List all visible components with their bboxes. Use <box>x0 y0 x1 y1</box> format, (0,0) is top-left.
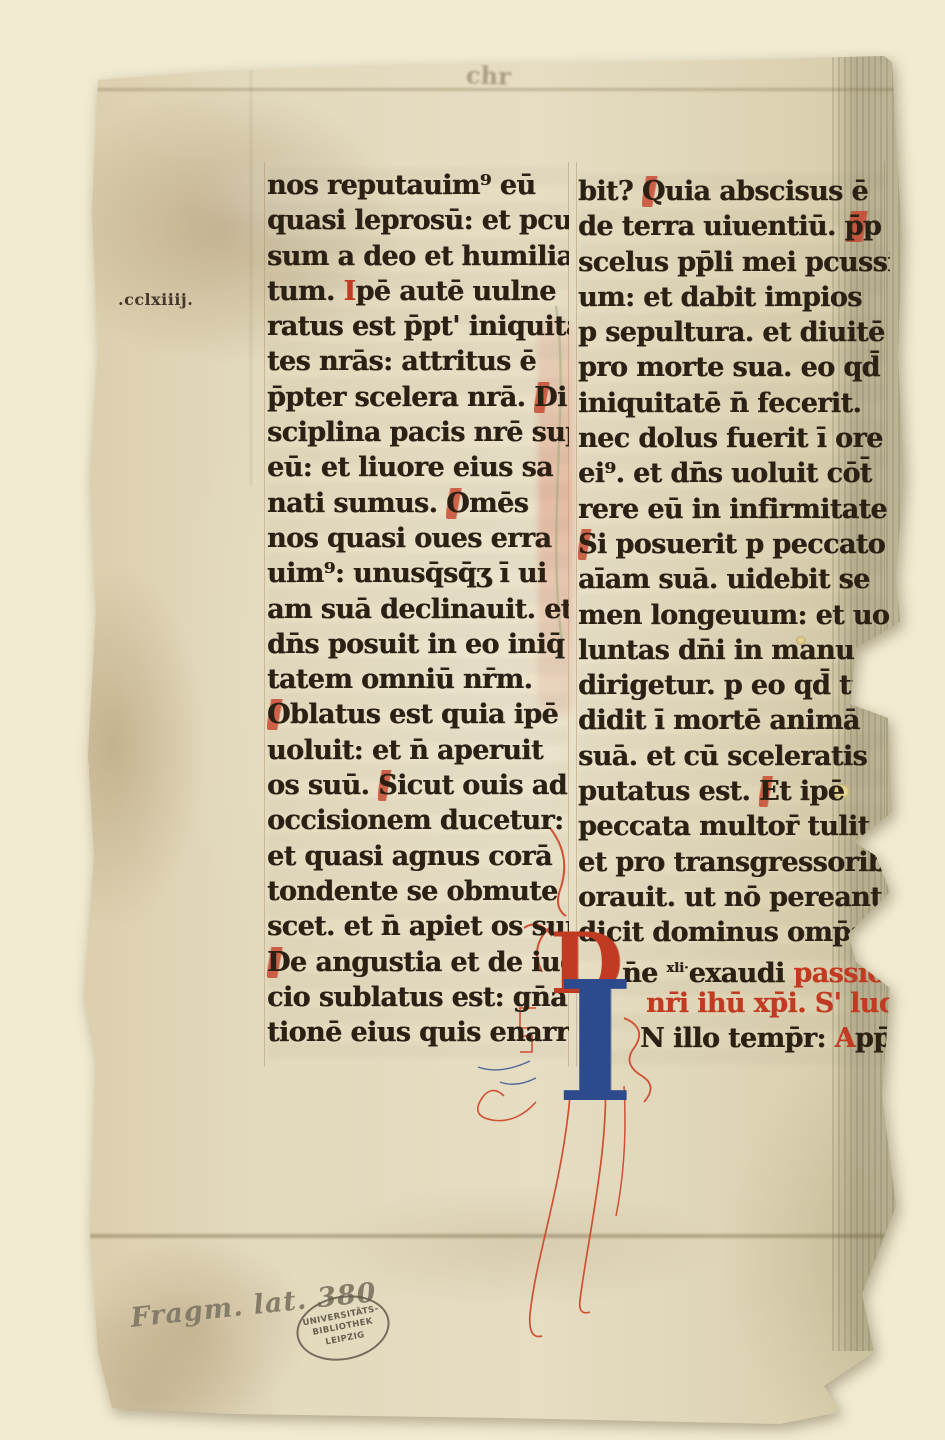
text-segment: et quasi agnus corā <box>267 841 552 872</box>
text-segment: N illo temp̄r: <box>640 1023 835 1054</box>
text-segment: i posuerit p peccato <box>597 529 885 560</box>
text-segment: S <box>378 770 397 801</box>
text-segment: nos quasi oues erra <box>267 523 551 554</box>
text-segment: blatus est quia ipē <box>290 699 558 730</box>
text-line: luntas dn̄i in manu ei⁹ <box>578 633 890 668</box>
text-segment: uim⁹: unusq̄sq̄ʒ ī ui <box>267 558 547 589</box>
text-segment: sum a deo et humilia <box>267 241 569 272</box>
text-segment: t ipē <box>779 776 844 807</box>
text-segment: tr <box>883 917 890 948</box>
text-segment: D <box>267 947 290 978</box>
text-segment: xli· <box>666 961 688 976</box>
text-line: nos reputauim⁹ eū <box>267 168 569 203</box>
text-segment: p̄p <box>845 211 882 242</box>
text-segment: men longeuum: et uo <box>578 600 889 631</box>
illuminated-initial-i: I <box>556 964 634 1122</box>
text-line: uoluit: et n̄ aperuit <box>267 733 569 768</box>
text-line: ei⁹. et dn̄s uoluit cōt̄ <box>578 456 890 491</box>
text-segment: et pro transgressorib; <box>578 847 890 878</box>
text-segment: nos reputauim⁹ eū <box>267 170 535 201</box>
text-line: cio sublatus est: gn̄a <box>267 980 569 1015</box>
text-line: am suā declinauit. et <box>267 592 569 627</box>
text-line: men longeuum: et uo <box>578 598 890 633</box>
text-segment: am suā declinauit. et <box>267 594 569 625</box>
text-line: tondente se obmute <box>267 874 569 909</box>
text-segment: scelus pp̄li mei pcussi <box>578 247 890 278</box>
text-line: scet. et n̄ apiet os suū <box>267 909 569 944</box>
text-segment: cio sublatus est: gn̄a <box>267 982 567 1013</box>
text-line: nati sumus. Omēs <box>267 486 569 521</box>
text-segment: dicit dominus omp̄s. <box>578 917 883 948</box>
text-segment: A <box>835 1023 855 1054</box>
text-line: tes nrās: attritus ē <box>267 344 569 379</box>
text-segment: tum. <box>267 276 343 307</box>
text-segment: passio dn̄i <box>793 958 890 989</box>
text-segment: suā. et cū sceleratis <box>578 741 867 772</box>
faint-inscription: ch̄r <box>466 63 512 89</box>
text-line: bit? Quia abscisus ē <box>578 174 890 209</box>
text-line: peccata multor̄ tulit <box>578 809 890 844</box>
text-segment: os suū. <box>267 770 378 801</box>
text-line: orauit. ut nō pereant. <box>578 880 890 915</box>
text-segment: O <box>446 488 469 519</box>
text-line: tionē eius quis enarra <box>267 1015 569 1050</box>
text-segment: tatem omniū nr̄m. <box>267 664 532 695</box>
text-line: quasi leprosū: et pcuſ <box>267 203 569 238</box>
text-segment: orauit. ut nō pereant. <box>578 882 890 913</box>
text-segment: occisionem ducetur: <box>267 805 563 836</box>
text-line: p̄pter scelera nrā. Di <box>267 380 569 415</box>
text-line: nos quasi oues erra <box>267 521 569 556</box>
text-segment: dirigetur. p eo qd̄ tra <box>578 670 881 701</box>
text-segment: quasi leprosū: et pcuſ <box>267 205 569 236</box>
text-segment: E <box>759 776 779 807</box>
text-segment: i <box>557 382 567 413</box>
text-line: De angustia et de iudi <box>267 945 569 980</box>
text-column-left: nos reputauim⁹ eūquasi leprosū: et pcuſs… <box>267 168 569 1054</box>
manuscript-leaf: nos reputauim⁹ eūquasi leprosū: et pcuſs… <box>84 56 908 1424</box>
text-line: sciplina pacis nrē sup <box>267 415 569 450</box>
text-segment: S <box>578 529 597 560</box>
folio-number-marginal: .cclxiiij. <box>118 292 193 308</box>
text-segment: tondente se obmute <box>267 876 558 907</box>
text-segment: tes nrās: attritus ē <box>267 346 536 377</box>
text-line: scelus pp̄li mei pcussi <box>578 245 890 280</box>
text-segment: nr̄i ihū xp̄i. S' lucam. <box>646 988 890 1019</box>
text-segment: exaudi <box>689 958 794 989</box>
text-segment: O <box>267 699 290 730</box>
text-line: dn̄s posuit in eo iniq̄ <box>267 627 569 662</box>
text-segment: nec dolus fuerit ī ore <box>578 423 883 454</box>
text-segment: uia abscisus ē <box>665 176 868 207</box>
text-line: p sepultura. et diuitē <box>578 315 890 350</box>
text-line: eū: et liuore eius sa <box>267 450 569 485</box>
text-line: aīam suā. uidebit se <box>578 562 890 597</box>
text-line: Si posuerit p peccato <box>578 527 890 562</box>
text-line: tum. Ipē autē uulne <box>267 274 569 309</box>
text-segment: pro morte sua. eo qd̄ <box>578 352 880 383</box>
text-segment: scet. et n̄ apiet os suū <box>267 911 569 942</box>
text-line: et pro transgressorib; <box>578 845 890 880</box>
text-segment: eū: et liuore eius sa <box>267 452 553 483</box>
text-segment: mēs <box>469 488 528 519</box>
text-line: uim⁹: unusq̄sq̄ʒ ī ui <box>267 556 569 591</box>
text-line: didit ī mortē animā <box>578 703 890 738</box>
text-segment: ratus est p̄pt' iniquita <box>267 311 569 342</box>
text-segment: um: et dabit impios <box>578 282 862 313</box>
text-segment: pp̄in <box>855 1023 890 1054</box>
text-line: occisionem ducetur: <box>267 803 569 838</box>
photograph-backdrop: nos reputauim⁹ eūquasi leprosū: et pcuſs… <box>0 0 945 1440</box>
text-line: putatus est. Et ipē <box>578 774 890 809</box>
text-segment: p sepultura. et diuitē <box>578 317 885 348</box>
text-line: ratus est p̄pt' iniquita <box>267 309 569 344</box>
text-segment: p̄pter scelera nrā. <box>267 382 534 413</box>
text-line: dirigetur. p eo qd̄ tra <box>578 668 890 703</box>
text-line: et quasi agnus corā <box>267 839 569 874</box>
vertical-crease <box>250 66 252 486</box>
text-segment: sciplina pacis nrē sup <box>267 417 569 448</box>
text-segment: rere eū in infirmitate <box>578 494 887 525</box>
text-segment: didit ī mortē animā <box>578 705 860 736</box>
text-segment: pē autē uulne <box>356 276 556 307</box>
text-segment: uoluit: et n̄ aperuit <box>267 735 543 766</box>
text-line: nec dolus fuerit ī ore <box>578 421 890 456</box>
text-segment: iniquitatē n̄ fecerit. <box>578 388 861 419</box>
text-segment: putatus est. <box>578 776 759 807</box>
text-segment: bit? <box>578 176 642 207</box>
text-segment: I <box>343 276 355 307</box>
text-line: pro morte sua. eo qd̄ <box>578 350 890 385</box>
text-segment: icut ouis ad <box>397 770 567 801</box>
text-segment: ei⁹. et dn̄s uoluit cōt̄ <box>578 458 872 489</box>
text-column-right: bit? Quia abscisus ēde terra uiuentiū. p… <box>578 174 890 1060</box>
text-line: Oblatus est quia ipē <box>267 697 569 732</box>
text-segment: e angustia et de iudi <box>290 947 569 978</box>
text-segment: luntas dn̄i in manu ei⁹ <box>578 635 890 666</box>
text-line: sum a deo et humilia <box>267 239 569 274</box>
text-segment: peccata multor̄ tulit <box>578 811 869 842</box>
text-line: os suū. Sicut ouis ad <box>267 768 569 803</box>
text-segment: aīam suā. uidebit se <box>578 564 870 595</box>
fold-crease-bottom <box>84 1234 908 1238</box>
text-line: de terra uiuentiū. p̄p <box>578 209 890 244</box>
text-segment: dn̄s posuit in eo iniq̄ <box>267 629 564 660</box>
text-segment: tionē eius quis enarra <box>267 1017 569 1048</box>
text-line: suā. et cū sceleratis <box>578 739 890 774</box>
text-line: rere eū in infirmitate <box>578 492 890 527</box>
ruling-line <box>264 162 265 1067</box>
parchment-surface: nos reputauim⁹ eūquasi leprosū: et pcuſs… <box>84 56 908 1424</box>
text-segment: de terra uiuentiū. <box>578 211 845 242</box>
text-line: um: et dabit impios <box>578 280 890 315</box>
text-line: iniquitatē n̄ fecerit. <box>578 386 890 421</box>
text-segment: nati sumus. <box>267 488 446 519</box>
text-segment: Q <box>642 176 665 207</box>
text-line: tatem omniū nr̄m. <box>267 662 569 697</box>
text-segment: D <box>534 382 557 413</box>
